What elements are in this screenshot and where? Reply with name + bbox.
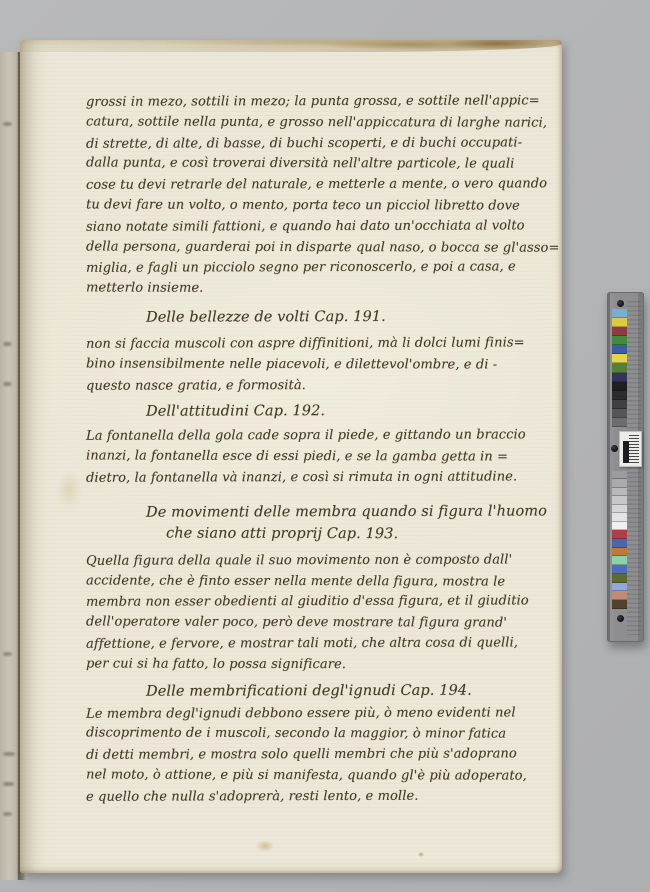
section-heading: Delle membrificationi degl'ignudi Cap. 1… xyxy=(146,680,554,702)
handwritten-line: non si faccia muscoli con aspre diffinit… xyxy=(86,333,554,355)
paper-stain xyxy=(56,470,82,510)
handwritten-line: cose tu devi retrarle del naturale, e me… xyxy=(86,174,554,196)
color-calibration-bar xyxy=(607,292,644,642)
text-paragraph: grossi in mezo, sottili in mezo; la punt… xyxy=(86,92,554,300)
ink-bleed-mark xyxy=(3,812,12,816)
manuscript-photo: grossi in mezo, sottili in mezo; la punt… xyxy=(0,0,650,892)
color-patch xyxy=(612,363,627,372)
ink-bleed-mark xyxy=(3,122,12,126)
color-patch xyxy=(612,345,627,354)
facing-page-edge xyxy=(0,52,20,880)
color-patch xyxy=(612,418,627,427)
color-patch xyxy=(612,327,627,336)
barcode-lines-icon xyxy=(629,435,639,463)
color-patch xyxy=(612,373,627,382)
color-patch xyxy=(612,496,627,504)
punch-hole-icon xyxy=(617,300,624,307)
handwritten-line: di detti membri, e mostra solo quelli me… xyxy=(86,744,554,766)
punch-hole-icon xyxy=(617,615,624,622)
paper-stain xyxy=(418,852,424,857)
handwritten-line: catura, sottile nella punta, e grosso ne… xyxy=(86,112,554,134)
color-patch xyxy=(612,565,627,574)
handwritten-line: siano notate simili fattioni, e quando h… xyxy=(86,216,554,238)
barcode-label xyxy=(619,431,642,467)
handwritten-line: inanzi, la fontanella esce di essi piedi… xyxy=(86,447,554,469)
section-heading: Delle bellezze de volti Cap. 191. xyxy=(146,306,554,328)
calibration-patches-bottom xyxy=(612,530,627,609)
color-patch xyxy=(612,471,627,479)
page-top-edge xyxy=(20,40,562,52)
handwritten-line: discoprimento de i muscoli, secondo la m… xyxy=(86,724,554,746)
handwritten-line: Delle bellezze de volti Cap. 191. xyxy=(146,305,554,328)
color-patch xyxy=(612,556,627,565)
handwritten-line: De movimenti delle membra quando si figu… xyxy=(146,500,554,523)
color-patch xyxy=(612,583,627,592)
handwritten-line: Dell'attitudini Cap. 192. xyxy=(146,400,554,423)
handwritten-line: che siano atti proprij Cap. 193. xyxy=(166,522,554,545)
color-patch xyxy=(612,530,627,539)
color-patch xyxy=(612,591,627,600)
handwritten-line: e quello che nulla s'adoprerà, resti len… xyxy=(86,786,554,808)
ink-bleed-mark xyxy=(3,382,12,386)
color-patch xyxy=(612,382,627,391)
handwritten-line: di strette, di alte, di basse, di buchi … xyxy=(86,133,554,155)
paper-stain xyxy=(256,840,274,852)
text-paragraph: non si faccia muscoli con aspre diffinit… xyxy=(86,334,554,396)
handwritten-line: La fontanella della gola cade sopra il p… xyxy=(86,426,554,448)
ink-bleed-mark xyxy=(3,782,14,786)
handwritten-line: per cui si ha fatto, lo possa significar… xyxy=(86,654,554,676)
handwritten-line: Delle membrificationi degl'ignudi Cap. 1… xyxy=(146,679,554,702)
calibration-grayscale-patches xyxy=(612,471,627,530)
ink-bleed-mark xyxy=(3,652,12,656)
color-patch xyxy=(612,336,627,345)
punch-hole-icon xyxy=(611,445,618,452)
color-patch xyxy=(612,479,627,487)
handwritten-line: questo nasce gratia, e formosità. xyxy=(86,375,554,397)
handwritten-line: accidente, che è finto esser nella mente… xyxy=(86,571,554,593)
calibration-patches-top xyxy=(612,309,627,427)
manuscript-page: grossi in mezo, sottili in mezo; la punt… xyxy=(20,40,562,873)
text-paragraph: Le membra degl'ignudi debbono essere più… xyxy=(86,704,554,808)
handwritten-line: Quella figura della quale il suo movimen… xyxy=(86,550,554,572)
handwritten-line: metterlo insieme. xyxy=(86,279,554,301)
color-patch xyxy=(612,309,627,318)
handwritten-line: Le membra degl'ignudi debbono essere più… xyxy=(86,703,554,725)
color-patch xyxy=(612,400,627,409)
color-patch xyxy=(612,600,627,609)
handwritten-line: dietro, la fontanella và inanzi, e così … xyxy=(86,467,554,489)
handwritten-line: dell'operatore valer poco, però deve mos… xyxy=(86,613,554,635)
manuscript-text: grossi in mezo, sottili in mezo; la punt… xyxy=(86,92,554,808)
handwritten-line: miglia, e fagli un picciolo segno per ri… xyxy=(86,258,554,280)
text-paragraph: La fontanella della gola cade sopra il p… xyxy=(86,426,554,488)
calibration-microtext xyxy=(627,301,641,635)
color-patch xyxy=(612,574,627,583)
color-patch xyxy=(612,391,627,400)
ink-bleed-mark xyxy=(3,342,12,346)
color-patch xyxy=(612,513,627,521)
handwritten-line: tu devi fare un volto, o mento, porta te… xyxy=(86,195,554,217)
color-patch xyxy=(612,488,627,496)
color-patch xyxy=(612,522,627,530)
color-patch xyxy=(612,505,627,513)
handwritten-line: dalla punta, e così troverai diversità n… xyxy=(86,154,554,176)
handwritten-line: grossi in mezo, sottili in mezo; la punt… xyxy=(86,91,554,113)
handwritten-line: bino insensibilmente nelle piacevoli, e … xyxy=(86,354,554,376)
handwritten-line: della persona, guarderai poi in disparte… xyxy=(86,237,554,259)
handwritten-line: affettione, e fervore, e mostrar tali mo… xyxy=(86,633,554,655)
section-heading: Dell'attitudini Cap. 192. xyxy=(146,400,554,422)
color-patch xyxy=(612,409,627,418)
color-patch xyxy=(612,354,627,363)
handwritten-line: nel moto, ò attione, e più si manifesta,… xyxy=(86,765,554,787)
ink-bleed-mark xyxy=(3,752,15,756)
color-patch xyxy=(612,318,627,327)
section-heading: De movimenti delle membra quando si figu… xyxy=(146,501,554,545)
handwritten-line: membra non esser obedienti al giuditio d… xyxy=(86,592,554,614)
text-paragraph: Quella figura della quale il suo movimen… xyxy=(86,551,554,676)
color-patch xyxy=(612,539,627,548)
color-patch xyxy=(612,548,627,557)
